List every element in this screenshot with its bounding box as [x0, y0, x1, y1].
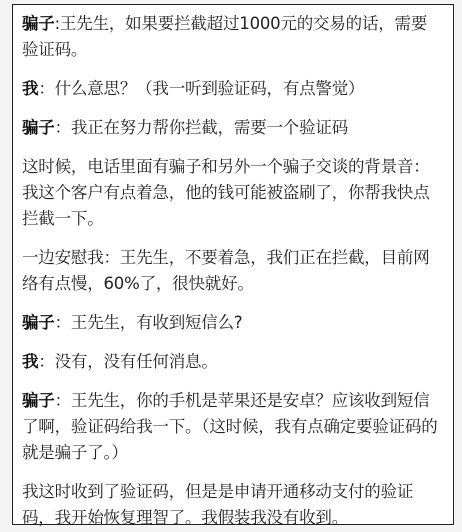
speaker-label: 我 [22, 79, 38, 98]
paragraph-3: 骗子：我正在努力帮你拦截，需要一个验证码 [22, 115, 443, 141]
narration-text: 这时候，电话里面有骗子和另外一个骗子交谈的背景音：我这个客户有点着急，他的钱可能… [22, 157, 430, 228]
speaker-label: 骗子 [22, 313, 55, 332]
dialogue-text: ：没有，没有任何消息。 [38, 352, 217, 371]
speaker-label: 骗子 [22, 14, 55, 33]
dialogue-text: ：我正在努力帮你拦截，需要一个验证码 [55, 118, 348, 137]
paragraph-2: 我：什么意思？（我一听到验证码，有点警觉） [22, 76, 443, 102]
dialogue-text: ：什么意思？（我一听到验证码，有点警觉） [38, 79, 364, 98]
dialogue-text: ：王先生，你的手机是苹果还是安卓？应该收到短信了啊，验证码给我一下。（这时候，我… [22, 391, 438, 462]
paragraph-4: 这时候，电话里面有骗子和另外一个骗子交谈的背景音：我这个客户有点着急，他的钱可能… [22, 154, 443, 232]
paragraph-8: 骗子：王先生，你的手机是苹果还是安卓？应该收到短信了啊，验证码给我一下。（这时候… [22, 388, 443, 466]
dialogue-box: 骗子:王先生，如果要拦截超过1000元的交易的话，需要验证码。 我：什么意思？（… [12, 4, 454, 525]
speaker-label: 骗子 [22, 391, 55, 410]
dialogue-text: ：王先生，有收到短信么? [55, 313, 243, 332]
paragraph-7: 我：没有，没有任何消息。 [22, 349, 443, 375]
paragraph-6: 骗子：王先生，有收到短信么? [22, 310, 443, 336]
paragraph-9: 我这时收到了验证码，但是是申请开通移动支付的验证码，我开始恢复理智了。我假装我没… [22, 479, 443, 531]
narration-text: 一边安慰我：王先生，不要着急，我们正在拦截，目前网络有点慢，60%了，很快就好。 [22, 248, 430, 293]
speaker-label: 我 [22, 352, 38, 371]
speaker-label: 骗子 [22, 118, 55, 137]
narration-text: 我这时收到了验证码，但是是申请开通移动支付的验证码，我开始恢复理智了。我假装我没… [22, 482, 413, 527]
dialogue-text: :王先生，如果要拦截超过1000元的交易的话，需要验证码。 [22, 14, 427, 59]
paragraph-1: 骗子:王先生，如果要拦截超过1000元的交易的话，需要验证码。 [22, 11, 443, 63]
paragraph-5: 一边安慰我：王先生，不要着急，我们正在拦截，目前网络有点慢，60%了，很快就好。 [22, 245, 443, 297]
